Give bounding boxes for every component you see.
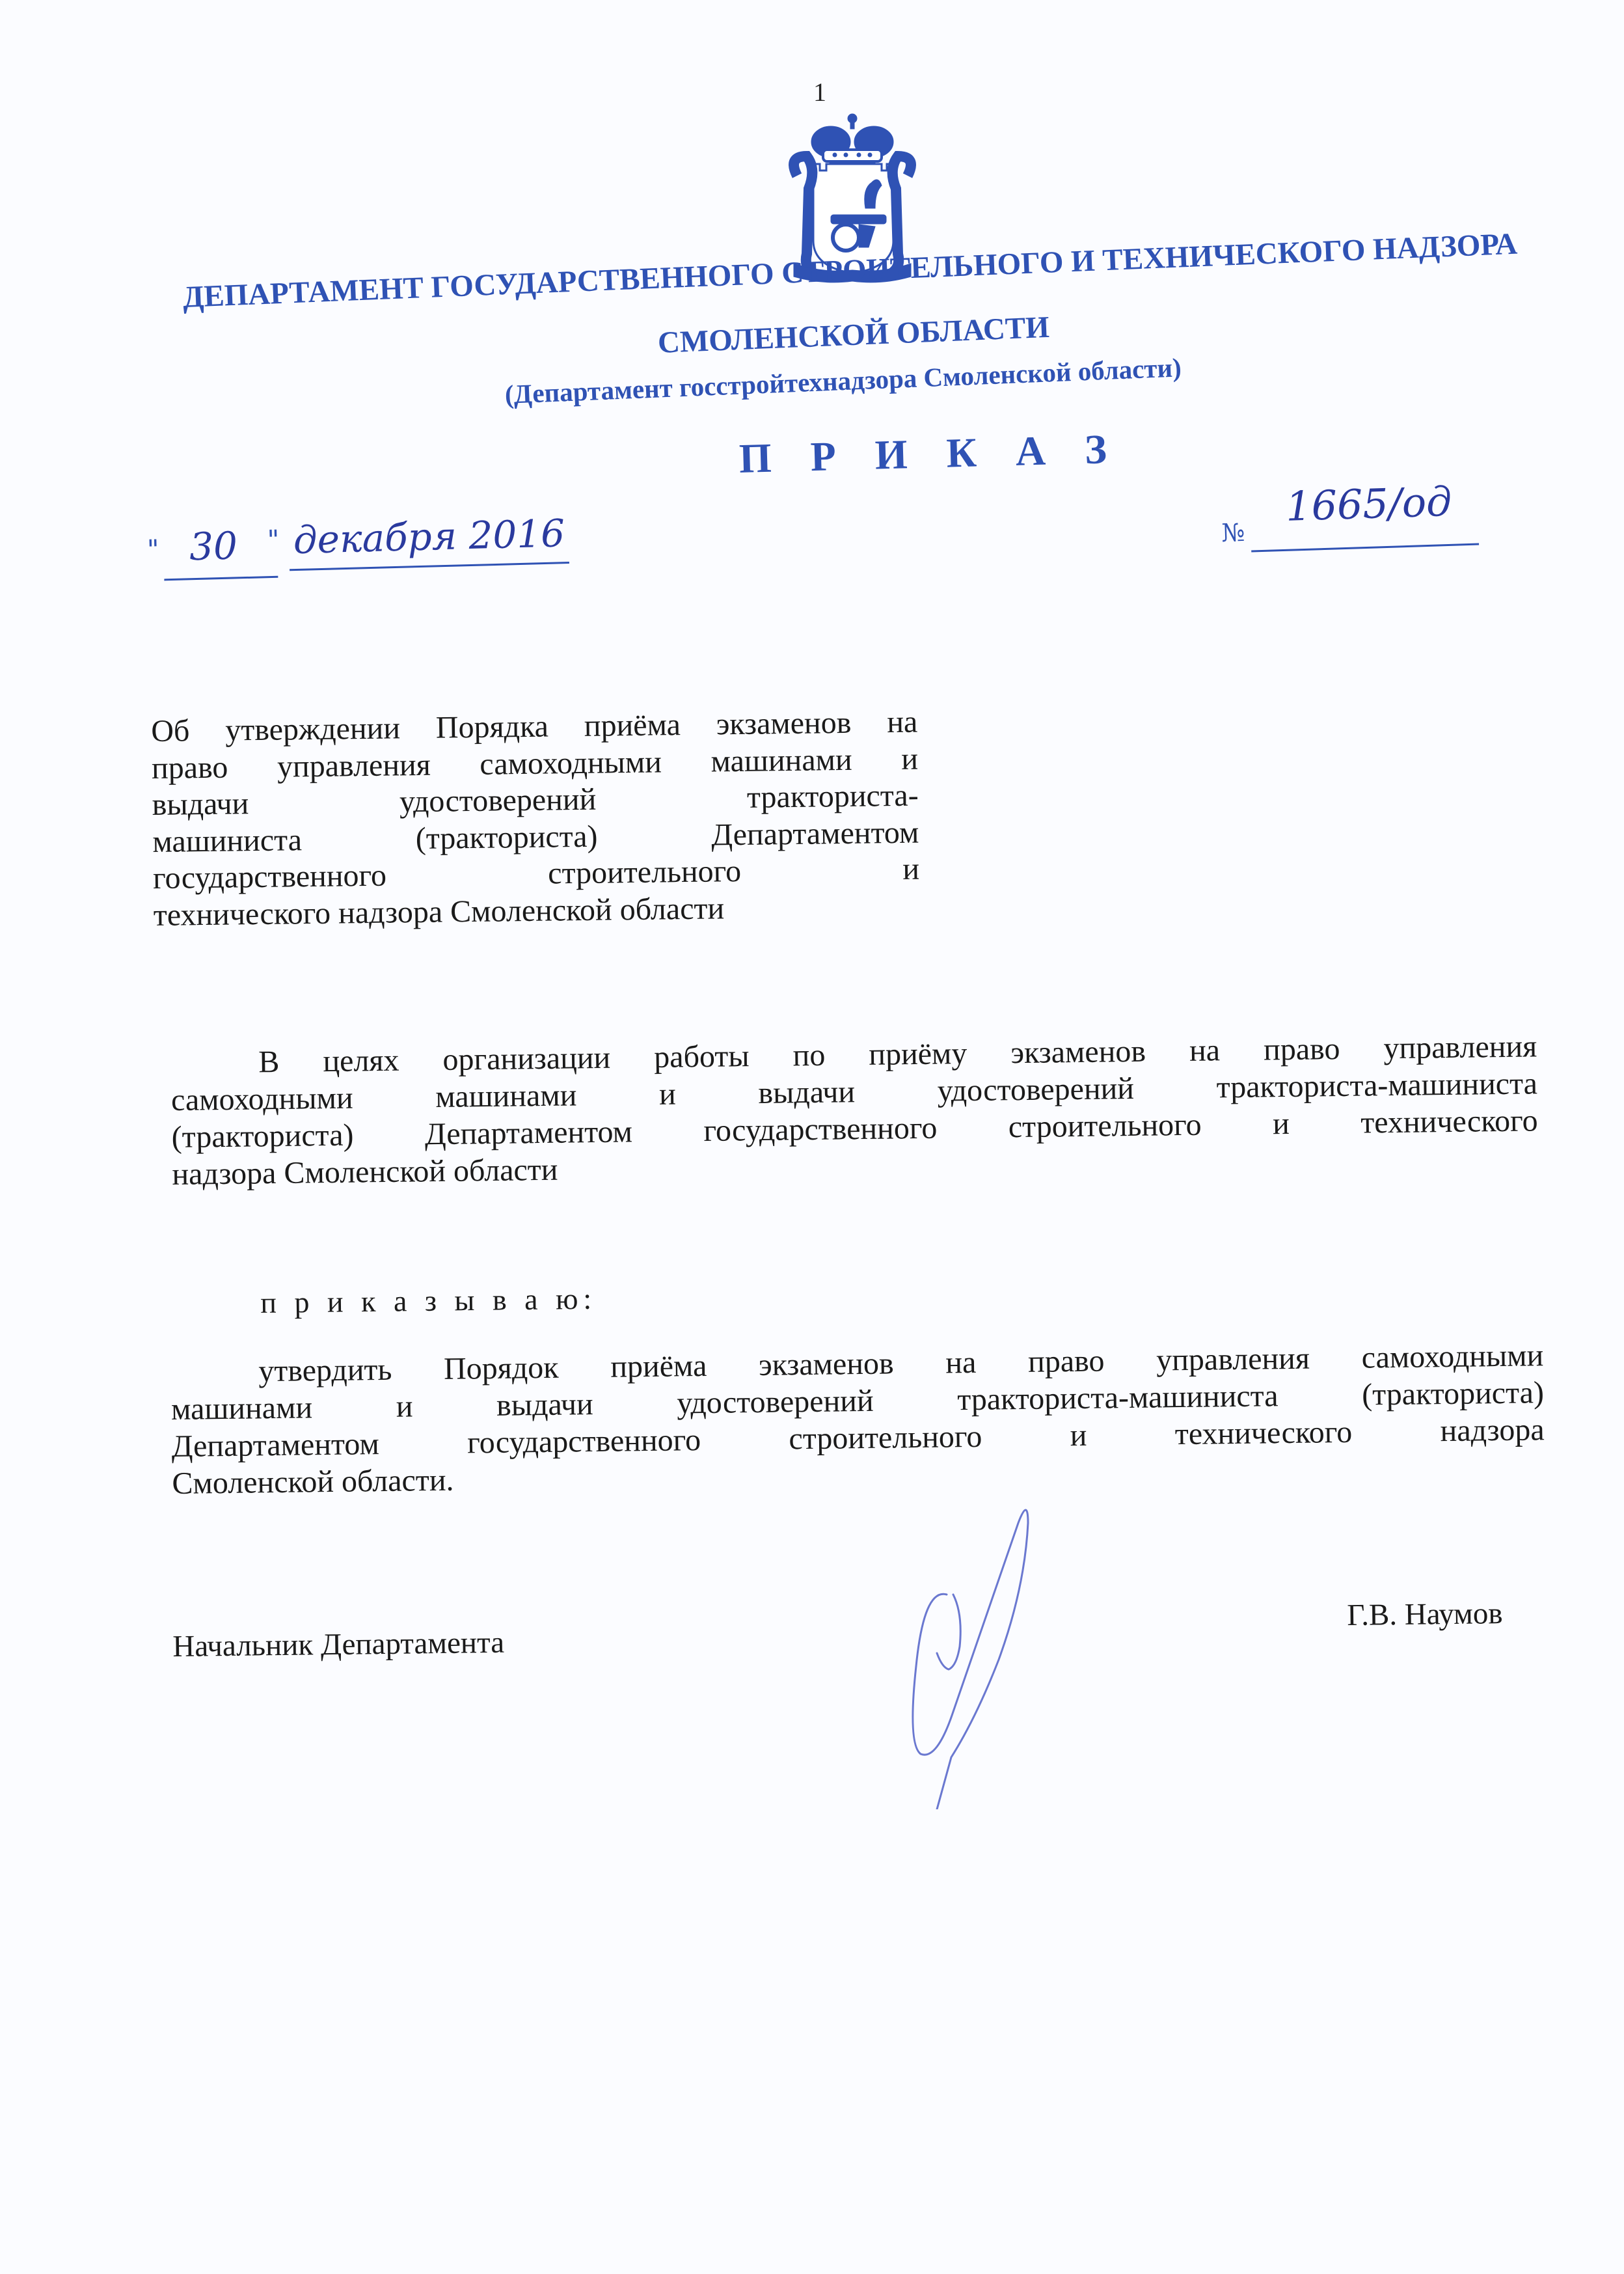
order-subject: Об утверждении Порядка приёма экзаменов …: [151, 704, 920, 934]
signer-title: Начальник Департамента: [172, 1625, 504, 1664]
date-day: 30: [189, 523, 238, 569]
handwritten-signature-icon: [833, 1497, 1106, 1809]
date-open-quote: ": [147, 535, 160, 565]
department-short-name: (Департамент госстройтехнадзора Смоленск…: [504, 351, 1182, 410]
decision-paragraph: утвердить Порядок приёма экзаменов на пр…: [170, 1337, 1545, 1502]
number-underline: [1251, 543, 1479, 553]
signer-name: Г.В. Наумов: [1347, 1596, 1503, 1633]
document-type-title: П Р И К А З: [738, 425, 1122, 483]
preamble-paragraph: В целях организации работы по приёму экз…: [170, 1028, 1539, 1193]
letterhead: ДЕПАРТАМЕНТ ГОСУДАРСТВЕННОГО СТРОИТЕЛЬНО…: [0, 0, 1624, 456]
number-value: 1665/од: [1285, 478, 1452, 530]
date-month-year: декабря 2016: [293, 511, 565, 562]
order-word: п р и к а з ы в а ю:: [260, 1281, 597, 1320]
order-number: № 1665/од: [1220, 476, 1482, 556]
order-date: " 30 " декабря 2016: [146, 509, 597, 599]
date-month-underline: [290, 562, 569, 571]
date-close-quote: ": [267, 525, 280, 555]
department-name: ДЕПАРТАМЕНТ ГОСУДАРСТВЕННОГО СТРОИТЕЛЬНО…: [182, 226, 1518, 315]
date-day-underline: [164, 576, 278, 581]
number-sign: №: [1221, 518, 1245, 547]
department-region: СМОЛЕНСКОЙ ОБЛАСТИ: [657, 310, 1050, 361]
